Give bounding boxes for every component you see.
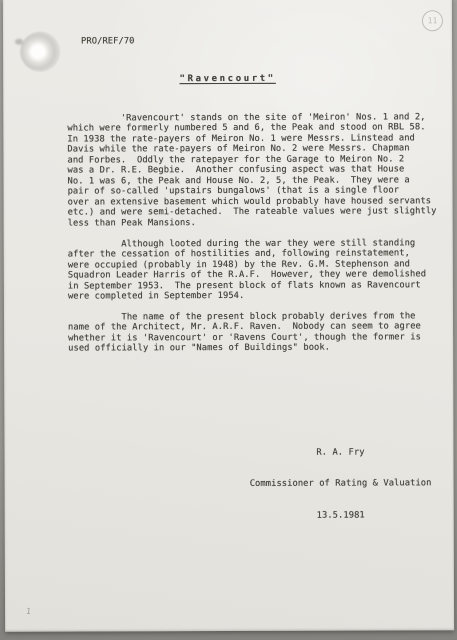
- paper-smudge: [15, 39, 23, 45]
- paragraph-name-origin: The name of the present block probably d…: [68, 311, 453, 354]
- embossed-stamp-circle: 11: [422, 10, 443, 31]
- page-title: "Ravencourt": [3, 73, 452, 85]
- signature-date: 13.5.1981: [243, 510, 439, 521]
- signature-block: R. A. Fry Commissioner of Rating & Valua…: [242, 426, 438, 542]
- paragraph-history: 'Ravencourt' stands on the site of 'Meir…: [67, 112, 452, 228]
- scanned-photo-background: 11 PRO/REF/70 "Ravencourt" 'Ravencourt' …: [0, 0, 457, 640]
- paragraph-war-demolition: Although looted during the war they were…: [68, 238, 453, 302]
- signatory-name: R. A. Fry: [242, 447, 438, 458]
- file-reference: PRO/REF/70: [81, 36, 135, 47]
- pencil-corner-note: 1: [25, 606, 31, 616]
- stamp-number: 11: [428, 16, 438, 25]
- signatory-role: Commissioner of Rating & Valuation: [243, 479, 439, 490]
- document-page: 11 PRO/REF/70 "Ravencourt" 'Ravencourt' …: [3, 0, 454, 632]
- hole-punch-mark: [20, 32, 60, 72]
